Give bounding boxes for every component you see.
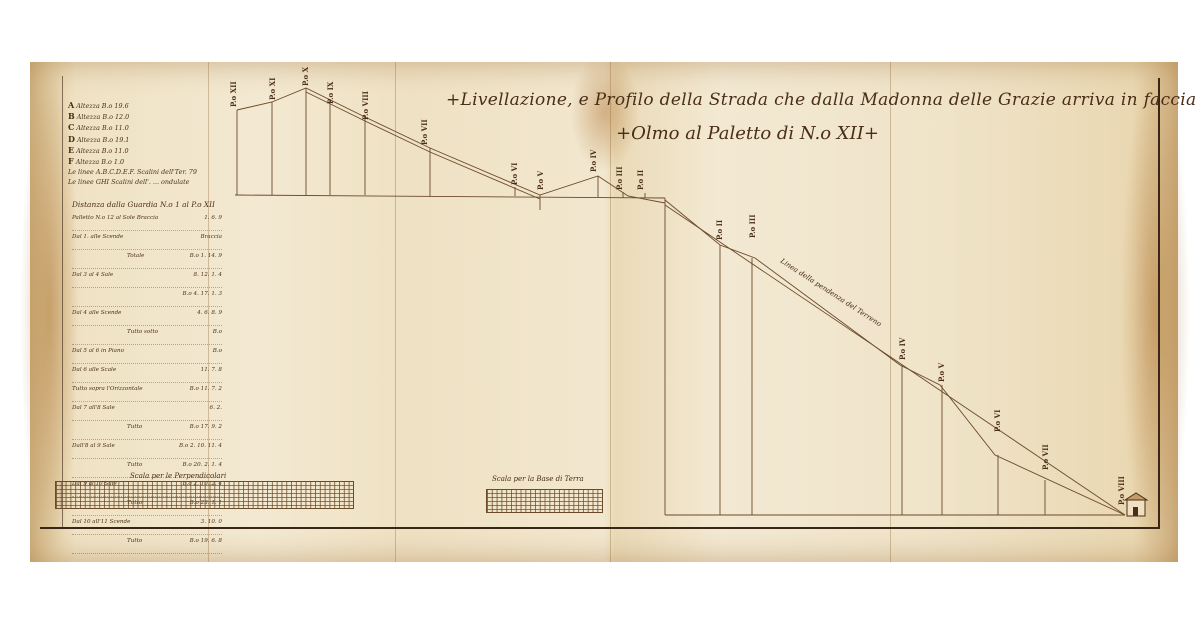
svg-text:P.o X: P.o X — [301, 66, 310, 86]
svg-text:P.o VI: P.o VI — [993, 410, 1002, 432]
chapel-icon — [1125, 493, 1147, 516]
svg-text:P.o V: P.o V — [937, 362, 946, 382]
svg-text:P.o IX: P.o IX — [326, 81, 335, 104]
svg-text:P.o V: P.o V — [536, 170, 545, 190]
svg-text:P.o III: P.o III — [615, 167, 624, 190]
background-bottom — [0, 562, 1200, 628]
svg-text:P.o VIII: P.o VIII — [361, 91, 370, 120]
svg-text:P.o II: P.o II — [636, 170, 645, 190]
svg-text:P.o VII: P.o VII — [1041, 444, 1050, 470]
svg-text:P.o VIII: P.o VIII — [1117, 476, 1126, 505]
svg-text:P.o II: P.o II — [715, 220, 724, 240]
road-profile-drawing: P.o XII P.o XI P.o X P.o IX P.o VIII P.o… — [0, 0, 1200, 628]
svg-text:P.o XI: P.o XI — [268, 78, 277, 100]
svg-text:P.o IV: P.o IV — [589, 149, 598, 172]
svg-text:P.o XII: P.o XII — [229, 81, 238, 107]
svg-text:P.o VII: P.o VII — [420, 119, 429, 145]
svg-text:P.o III: P.o III — [748, 215, 757, 238]
svg-text:P.o IV: P.o IV — [898, 337, 907, 360]
background-top — [0, 0, 1200, 62]
svg-text:P.o VI: P.o VI — [510, 163, 519, 185]
road-line-label: Linea della pendenza del Terreno — [778, 256, 883, 328]
